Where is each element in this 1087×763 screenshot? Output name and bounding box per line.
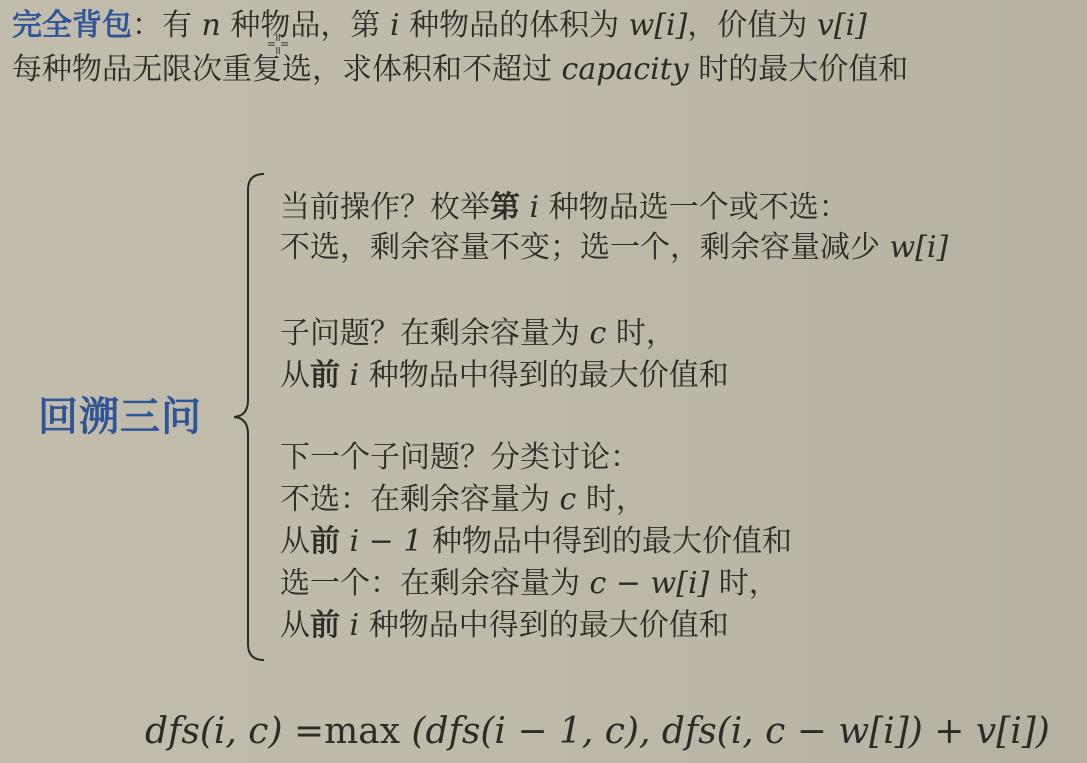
q2-detail: 从前 i 种物品中得到的最大价值和	[280, 358, 729, 394]
math-w: w[i]	[890, 230, 949, 265]
recurrence-formula: dfs(i, c) =max (dfs(i − 1, c), dfs(i, c …	[145, 708, 1050, 756]
backtracking-three-questions-label: 回溯三问	[38, 392, 202, 442]
crosshair-cursor-icon	[266, 32, 290, 56]
problem-statement-line1: 完全背包：有 n 种物品，第 i 种物品的体积为 w[i]，价值为 v[i]	[12, 8, 867, 44]
text: 从	[280, 608, 310, 643]
q1-current-operation: 当前操作？枚举第 i 种物品选一个或不选：	[280, 190, 849, 226]
problem-statement-line2: 每种物品无限次重复选，求体积和不超过 capacity 时的最大价值和	[12, 52, 908, 88]
math-i: i	[390, 8, 400, 43]
formula-max: max	[324, 711, 400, 752]
q3-skip-line2: 从前 i − 1 种物品中得到的最大价值和	[280, 524, 792, 560]
math-i: i	[350, 358, 360, 393]
text: 从	[280, 358, 310, 393]
text: 种物品的体积为	[400, 8, 629, 43]
text: 时，	[709, 566, 779, 601]
math-i: i	[350, 608, 360, 643]
bold-text: 前	[310, 358, 340, 393]
text: 种物品中得到的最大价值和	[422, 524, 792, 559]
text: 不选：在剩余容量为	[280, 482, 560, 517]
text: 种物品中得到的最大价值和	[359, 358, 729, 393]
text: 时的最大价值和	[689, 52, 909, 87]
text: 时，	[576, 482, 646, 517]
text: 时，	[606, 316, 676, 351]
problem-title: 完全背包	[12, 8, 132, 43]
text: 从	[280, 524, 310, 559]
q3-next-subproblem: 下一个子问题？分类讨论：	[280, 440, 640, 476]
text: 选一个：在剩余容量为	[280, 566, 590, 601]
text: ，价值为	[687, 8, 817, 43]
math-i: i	[530, 190, 540, 225]
math-n: n	[202, 8, 221, 43]
text: ：有	[132, 8, 202, 43]
formula-equals: =	[283, 711, 325, 752]
q2-subproblem: 子问题？在剩余容量为 c 时，	[280, 316, 676, 352]
math-c: c	[560, 482, 577, 517]
text: 每种物品无限次重复选，求体积和不超过	[12, 52, 562, 87]
text: 种物品选一个或不选：	[539, 190, 849, 225]
math-i-minus-1: i − 1	[350, 524, 423, 559]
math-v: v[i]	[817, 8, 867, 43]
math-c-minus-w: c − w[i]	[590, 566, 710, 601]
bold-text: 第	[490, 190, 520, 225]
curly-brace-icon	[228, 172, 268, 662]
text: 子问题？在剩余容量为	[280, 316, 590, 351]
q3-skip-line1: 不选：在剩余容量为 c 时，	[280, 482, 646, 518]
q3-pick-line1: 选一个：在剩余容量为 c − w[i] 时，	[280, 566, 779, 602]
text: 种物品中得到的最大价值和	[359, 608, 729, 643]
bold-text: 前	[310, 524, 340, 559]
text: 不选，剩余容量不变；选一个，剩余容量减少	[280, 230, 890, 265]
text: 当前操作？枚举	[280, 190, 490, 225]
text: 下一个子问题？分类讨论：	[280, 440, 640, 475]
q1-detail: 不选，剩余容量不变；选一个，剩余容量减少 w[i]	[280, 230, 948, 266]
q3-pick-line2: 从前 i 种物品中得到的最大价值和	[280, 608, 729, 644]
formula-lhs: dfs(i, c)	[145, 711, 283, 752]
math-c: c	[590, 316, 607, 351]
formula-rhs: (dfs(i − 1, c), dfs(i, c − w[i]) + v[i])	[400, 711, 1050, 752]
math-w: w[i]	[629, 8, 688, 43]
math-capacity: capacity	[562, 52, 689, 87]
text: 种物品，第	[221, 8, 390, 43]
bold-text: 前	[310, 608, 340, 643]
